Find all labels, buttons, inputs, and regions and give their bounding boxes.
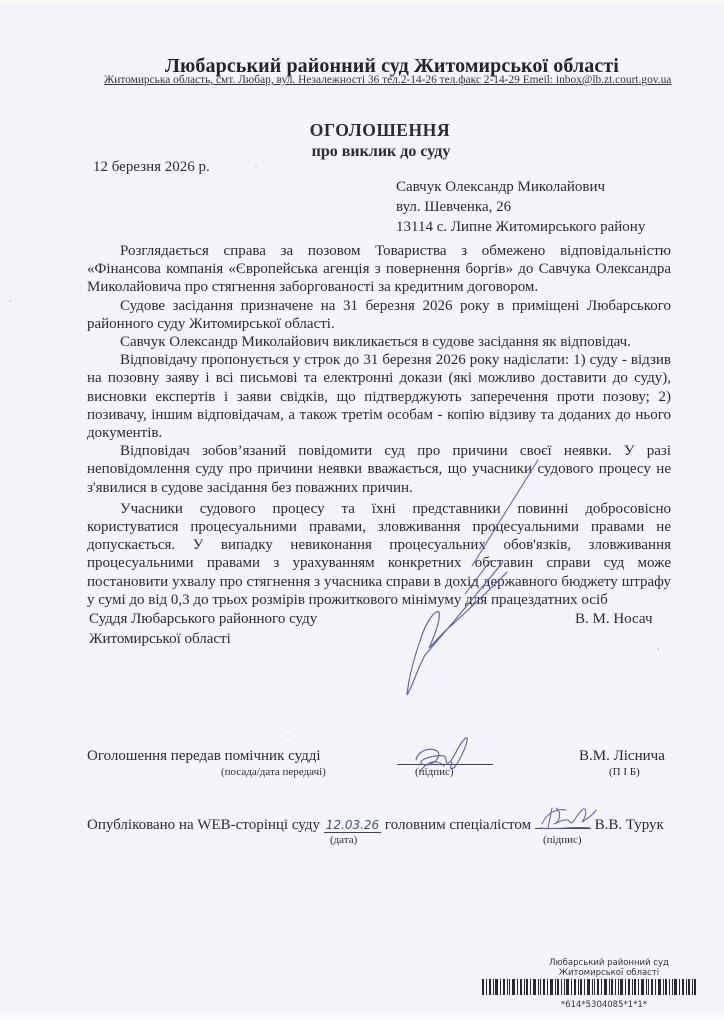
scan-speck bbox=[442, 822, 444, 824]
body-paragraph: Відповідачу пропонується у строк до 31 б… bbox=[87, 351, 671, 442]
publication-date-handwritten: 12.03.26 bbox=[324, 818, 381, 833]
document-title: ОГОЛОШЕННЯ bbox=[0, 120, 724, 141]
assistant-name: В.М. Ліснича bbox=[579, 748, 665, 765]
judge-name: В. М. Носач bbox=[575, 611, 653, 628]
specialist-name: В.В. Турук bbox=[595, 817, 664, 833]
judge-title-line1: Суддя Любарського районного суду bbox=[89, 609, 317, 629]
judge-title: Суддя Любарського районного суду Житомир… bbox=[89, 609, 317, 649]
body-paragraph: Савчук Олександр Миколайович викликаєтьс… bbox=[87, 333, 671, 351]
judge-signature-icon bbox=[395, 560, 515, 700]
scan-speck bbox=[255, 165, 257, 167]
page-top-edge bbox=[0, 0, 724, 3]
addressee-locality: 13114 с. Липне Житомирського району bbox=[396, 217, 645, 237]
judge-signature-upper-stroke-icon bbox=[470, 458, 540, 568]
publication-by-label: головним спеціалістом bbox=[385, 817, 531, 833]
scan-speck bbox=[9, 300, 11, 302]
addressee-street: вул. Шевченка, 26 bbox=[396, 197, 645, 217]
publication-date-caption: (дата) bbox=[330, 834, 357, 846]
scan-speck bbox=[657, 648, 659, 650]
document-date: 12 березня 2026 р. bbox=[93, 159, 210, 176]
handover-label: Оголошення передав помічник судді bbox=[87, 748, 321, 765]
judge-title-line2: Житомирської області bbox=[89, 629, 317, 649]
publication-signature-caption: (підпис) bbox=[543, 834, 582, 846]
publication-label: Опубліковано на WEB-сторінці суду bbox=[87, 817, 320, 833]
page-bottom-edge bbox=[0, 1015, 724, 1020]
specialist-signature-icon bbox=[536, 802, 598, 832]
assistant-name-caption: (П І Б) bbox=[609, 766, 640, 778]
addressee-block: Савчук Олександр Миколайович вул. Шевчен… bbox=[396, 177, 645, 237]
scanned-document-page: Любарський районний суд Житомирської обл… bbox=[0, 0, 724, 1020]
barcode-number: *614*5304085*1*1* bbox=[482, 1000, 696, 1010]
body-paragraph: Судове засідання призначене на 31 березн… bbox=[87, 297, 671, 333]
court-address-line: Житомирська область, смт. Любар, вул. Не… bbox=[104, 74, 671, 86]
barcode-org-line1: Любарський районний суд bbox=[482, 958, 696, 968]
scan-speck bbox=[287, 735, 289, 737]
notice-body: Розглядається справа за позовом Товарист… bbox=[87, 242, 671, 609]
barcode-stamp: Любарський районний суд Житомирської обл… bbox=[482, 958, 696, 1010]
addressee-name: Савчук Олександр Миколайович bbox=[396, 177, 645, 197]
body-paragraph: Розглядається справа за позовом Товарист… bbox=[87, 242, 671, 297]
barcode-icon bbox=[482, 979, 696, 995]
barcode-org-line2: Житомирської області bbox=[482, 968, 696, 978]
body-paragraph: Відповідач зобов’язаний повідомити суд п… bbox=[87, 442, 671, 497]
handover-position-caption: (посада/дата передачі) bbox=[221, 766, 326, 778]
body-paragraph: Учасники судового процесу та їхні предст… bbox=[87, 500, 671, 609]
handover-signature-caption: (підпис) bbox=[415, 766, 454, 778]
